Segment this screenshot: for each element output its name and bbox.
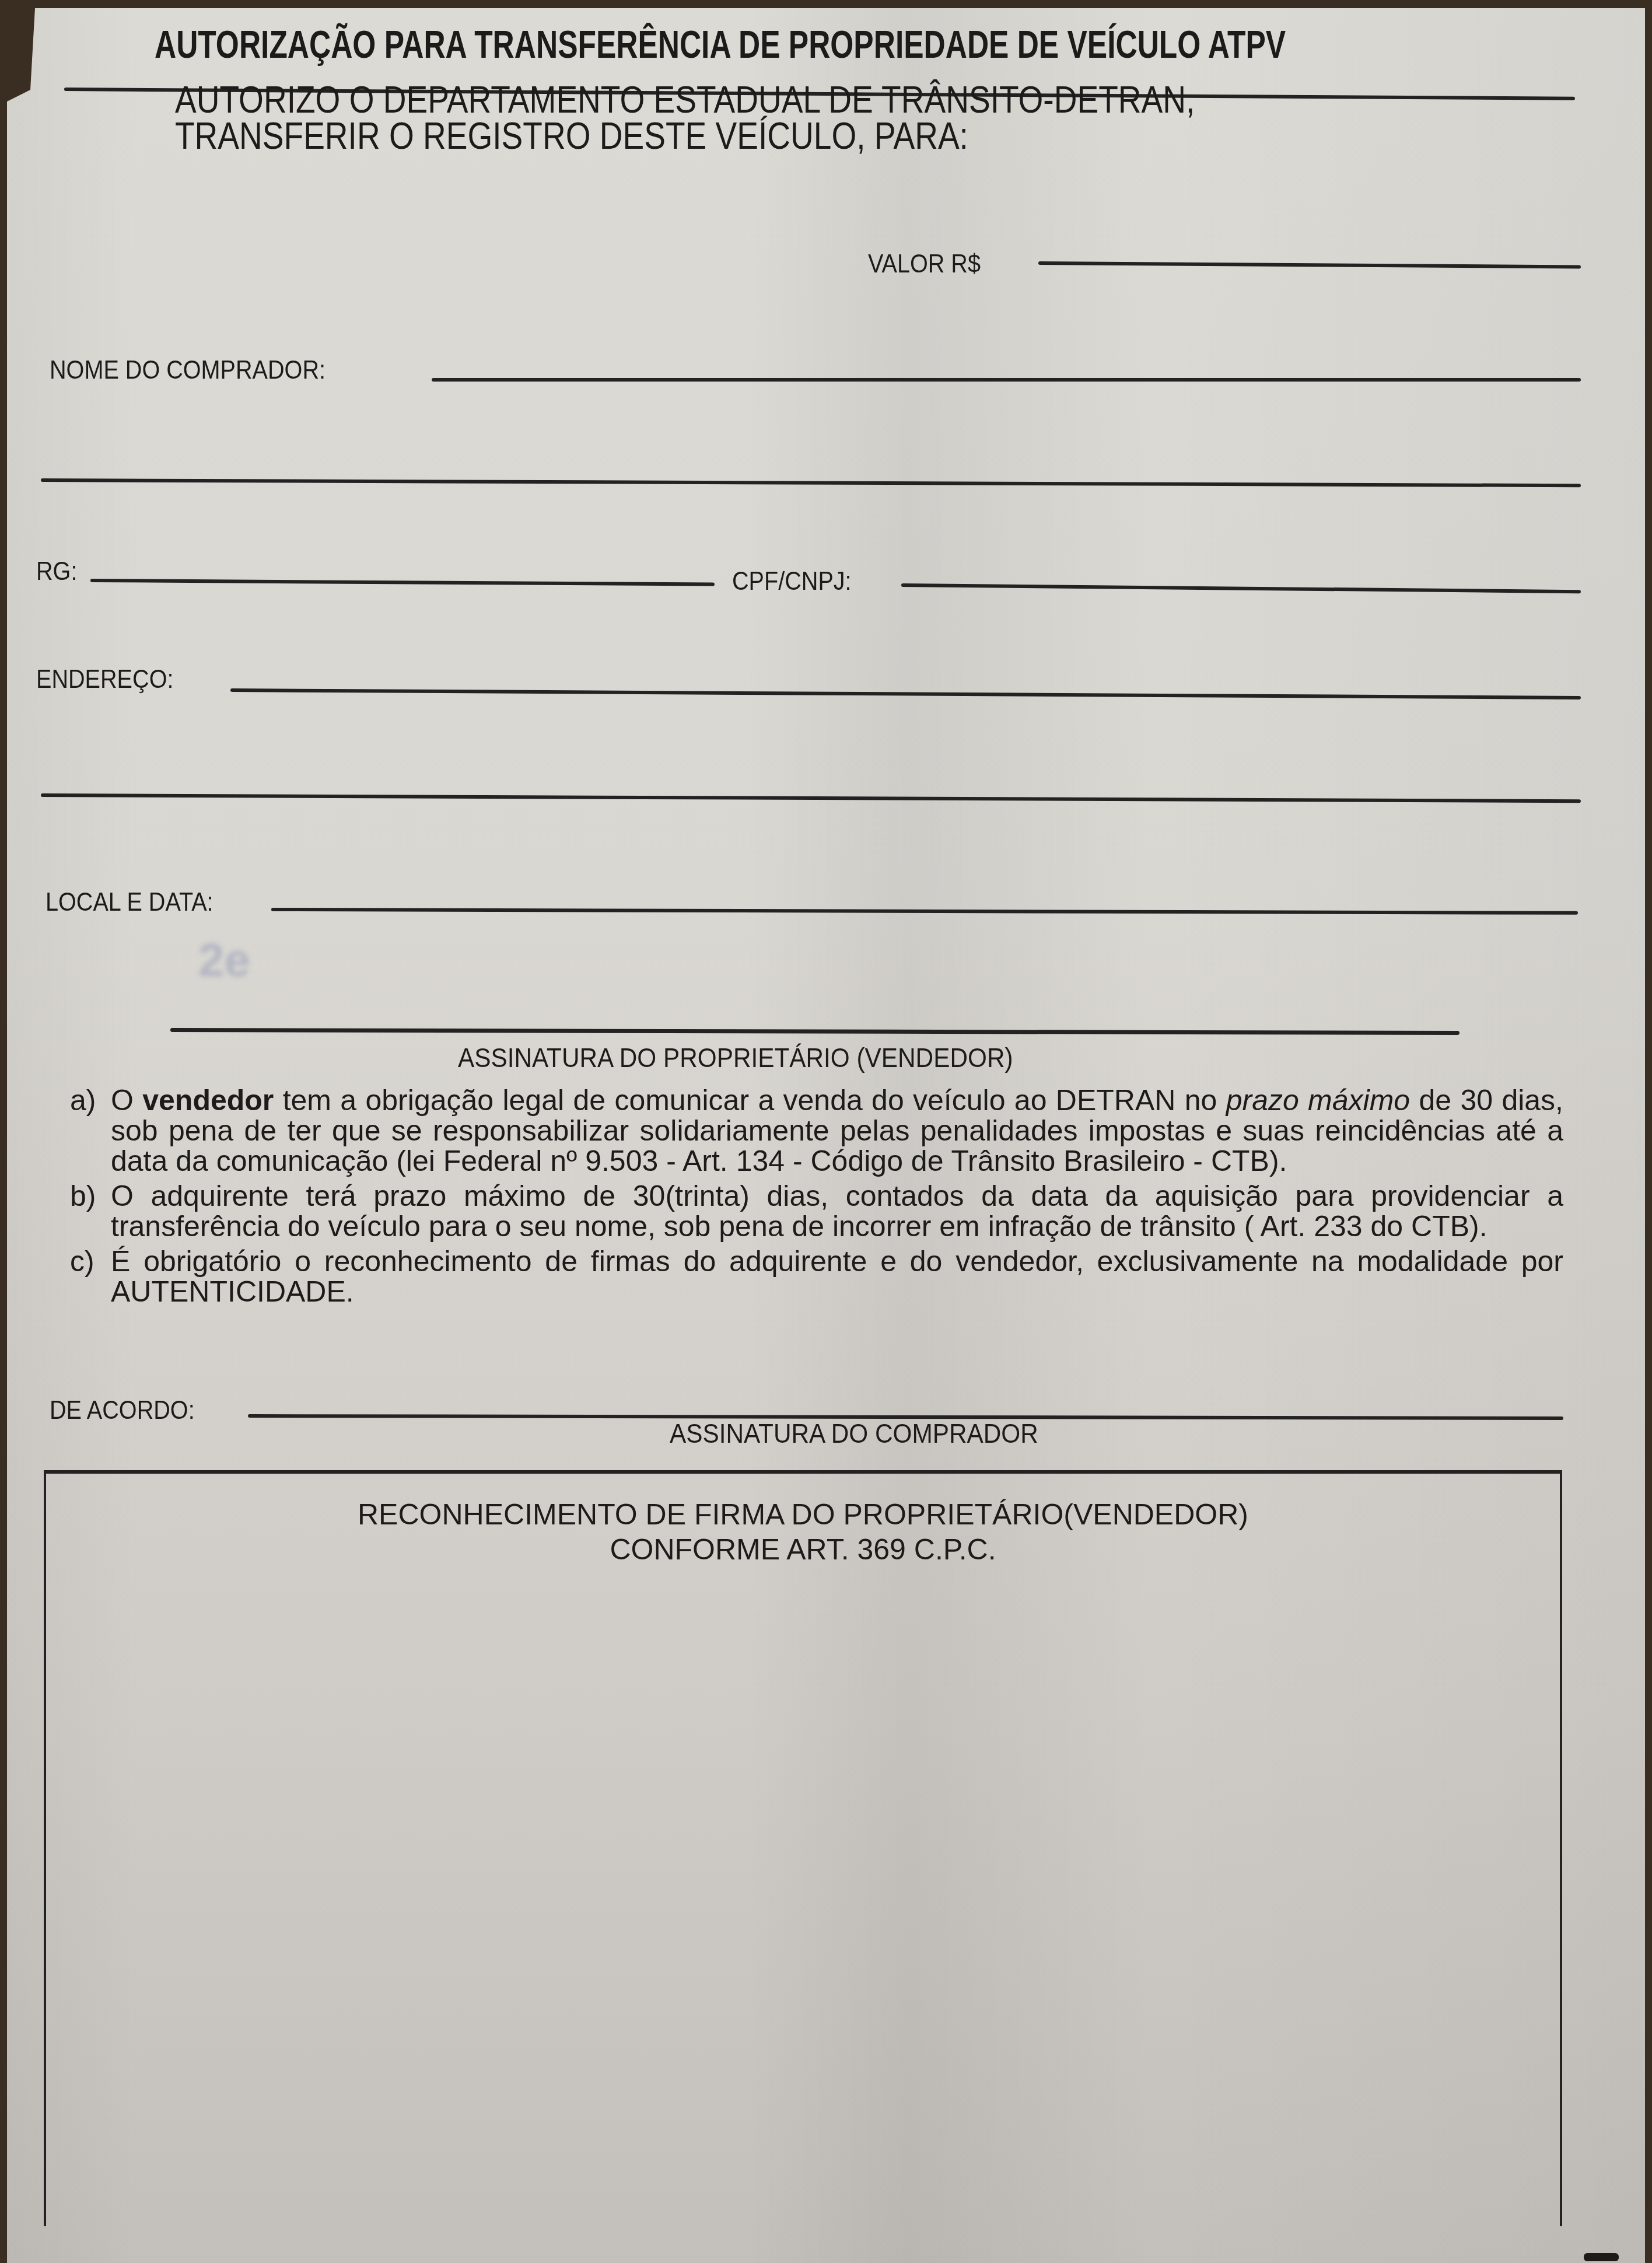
- notary-recognition-box[interactable]: RECONHECIMENTO DE FIRMA DO PROPRIETÁRIO(…: [44, 1470, 1562, 2226]
- rg-label: RG:: [36, 557, 77, 586]
- note-c: c) É obrigatório o reconhecimento de fir…: [70, 1246, 1563, 1307]
- place-date-label: LOCAL E DATA:: [45, 888, 213, 917]
- note-marker: a): [70, 1085, 96, 1115]
- legal-notes: a) O vendedor tem a obrigação legal de c…: [70, 1085, 1563, 1311]
- authorization-statement: AUTORIZO O DEPARTAMENTO ESTADUAL DE TRÂN…: [175, 82, 1195, 154]
- notary-box-title: RECONHECIMENTO DE FIRMA DO PROPRIETÁRIO(…: [46, 1497, 1560, 1567]
- buyer-name-field[interactable]: [432, 378, 1581, 382]
- paper-edge-mark: [1584, 2253, 1619, 2261]
- note-b: b) O adquirente terá prazo máximo de 30(…: [70, 1181, 1563, 1241]
- note-marker: c): [70, 1246, 94, 1276]
- emphasis-seller: vendedor: [142, 1084, 274, 1117]
- cpf-cnpj-label: CPF/CNPJ:: [732, 567, 852, 596]
- buyer-signature-caption: ASSINATURA DO COMPRADOR: [670, 1418, 1038, 1449]
- agreement-label: DE ACORDO:: [50, 1396, 195, 1425]
- address-label: ENDEREÇO:: [36, 665, 173, 694]
- authorization-line-2: TRANSFERIR O REGISTRO DESTE VEÍCULO, PAR…: [175, 118, 1195, 154]
- seller-signature-caption: ASSINATURA DO PROPRIETÁRIO (VENDEDOR): [458, 1042, 1013, 1073]
- form-title: AUTORIZAÇÃO PARA TRANSFERÊNCIA DE PROPRI…: [155, 22, 1286, 67]
- authorization-line-1: AUTORIZO O DEPARTAMENTO ESTADUAL DE TRÂN…: [175, 82, 1195, 118]
- ink-smudge: 2e: [198, 933, 262, 974]
- note-marker: b): [70, 1181, 96, 1211]
- buyer-name-label: NOME DO COMPRADOR:: [50, 356, 325, 385]
- note-a: a) O vendedor tem a obrigação legal de c…: [70, 1085, 1563, 1176]
- valor-label: VALOR R$: [868, 250, 981, 279]
